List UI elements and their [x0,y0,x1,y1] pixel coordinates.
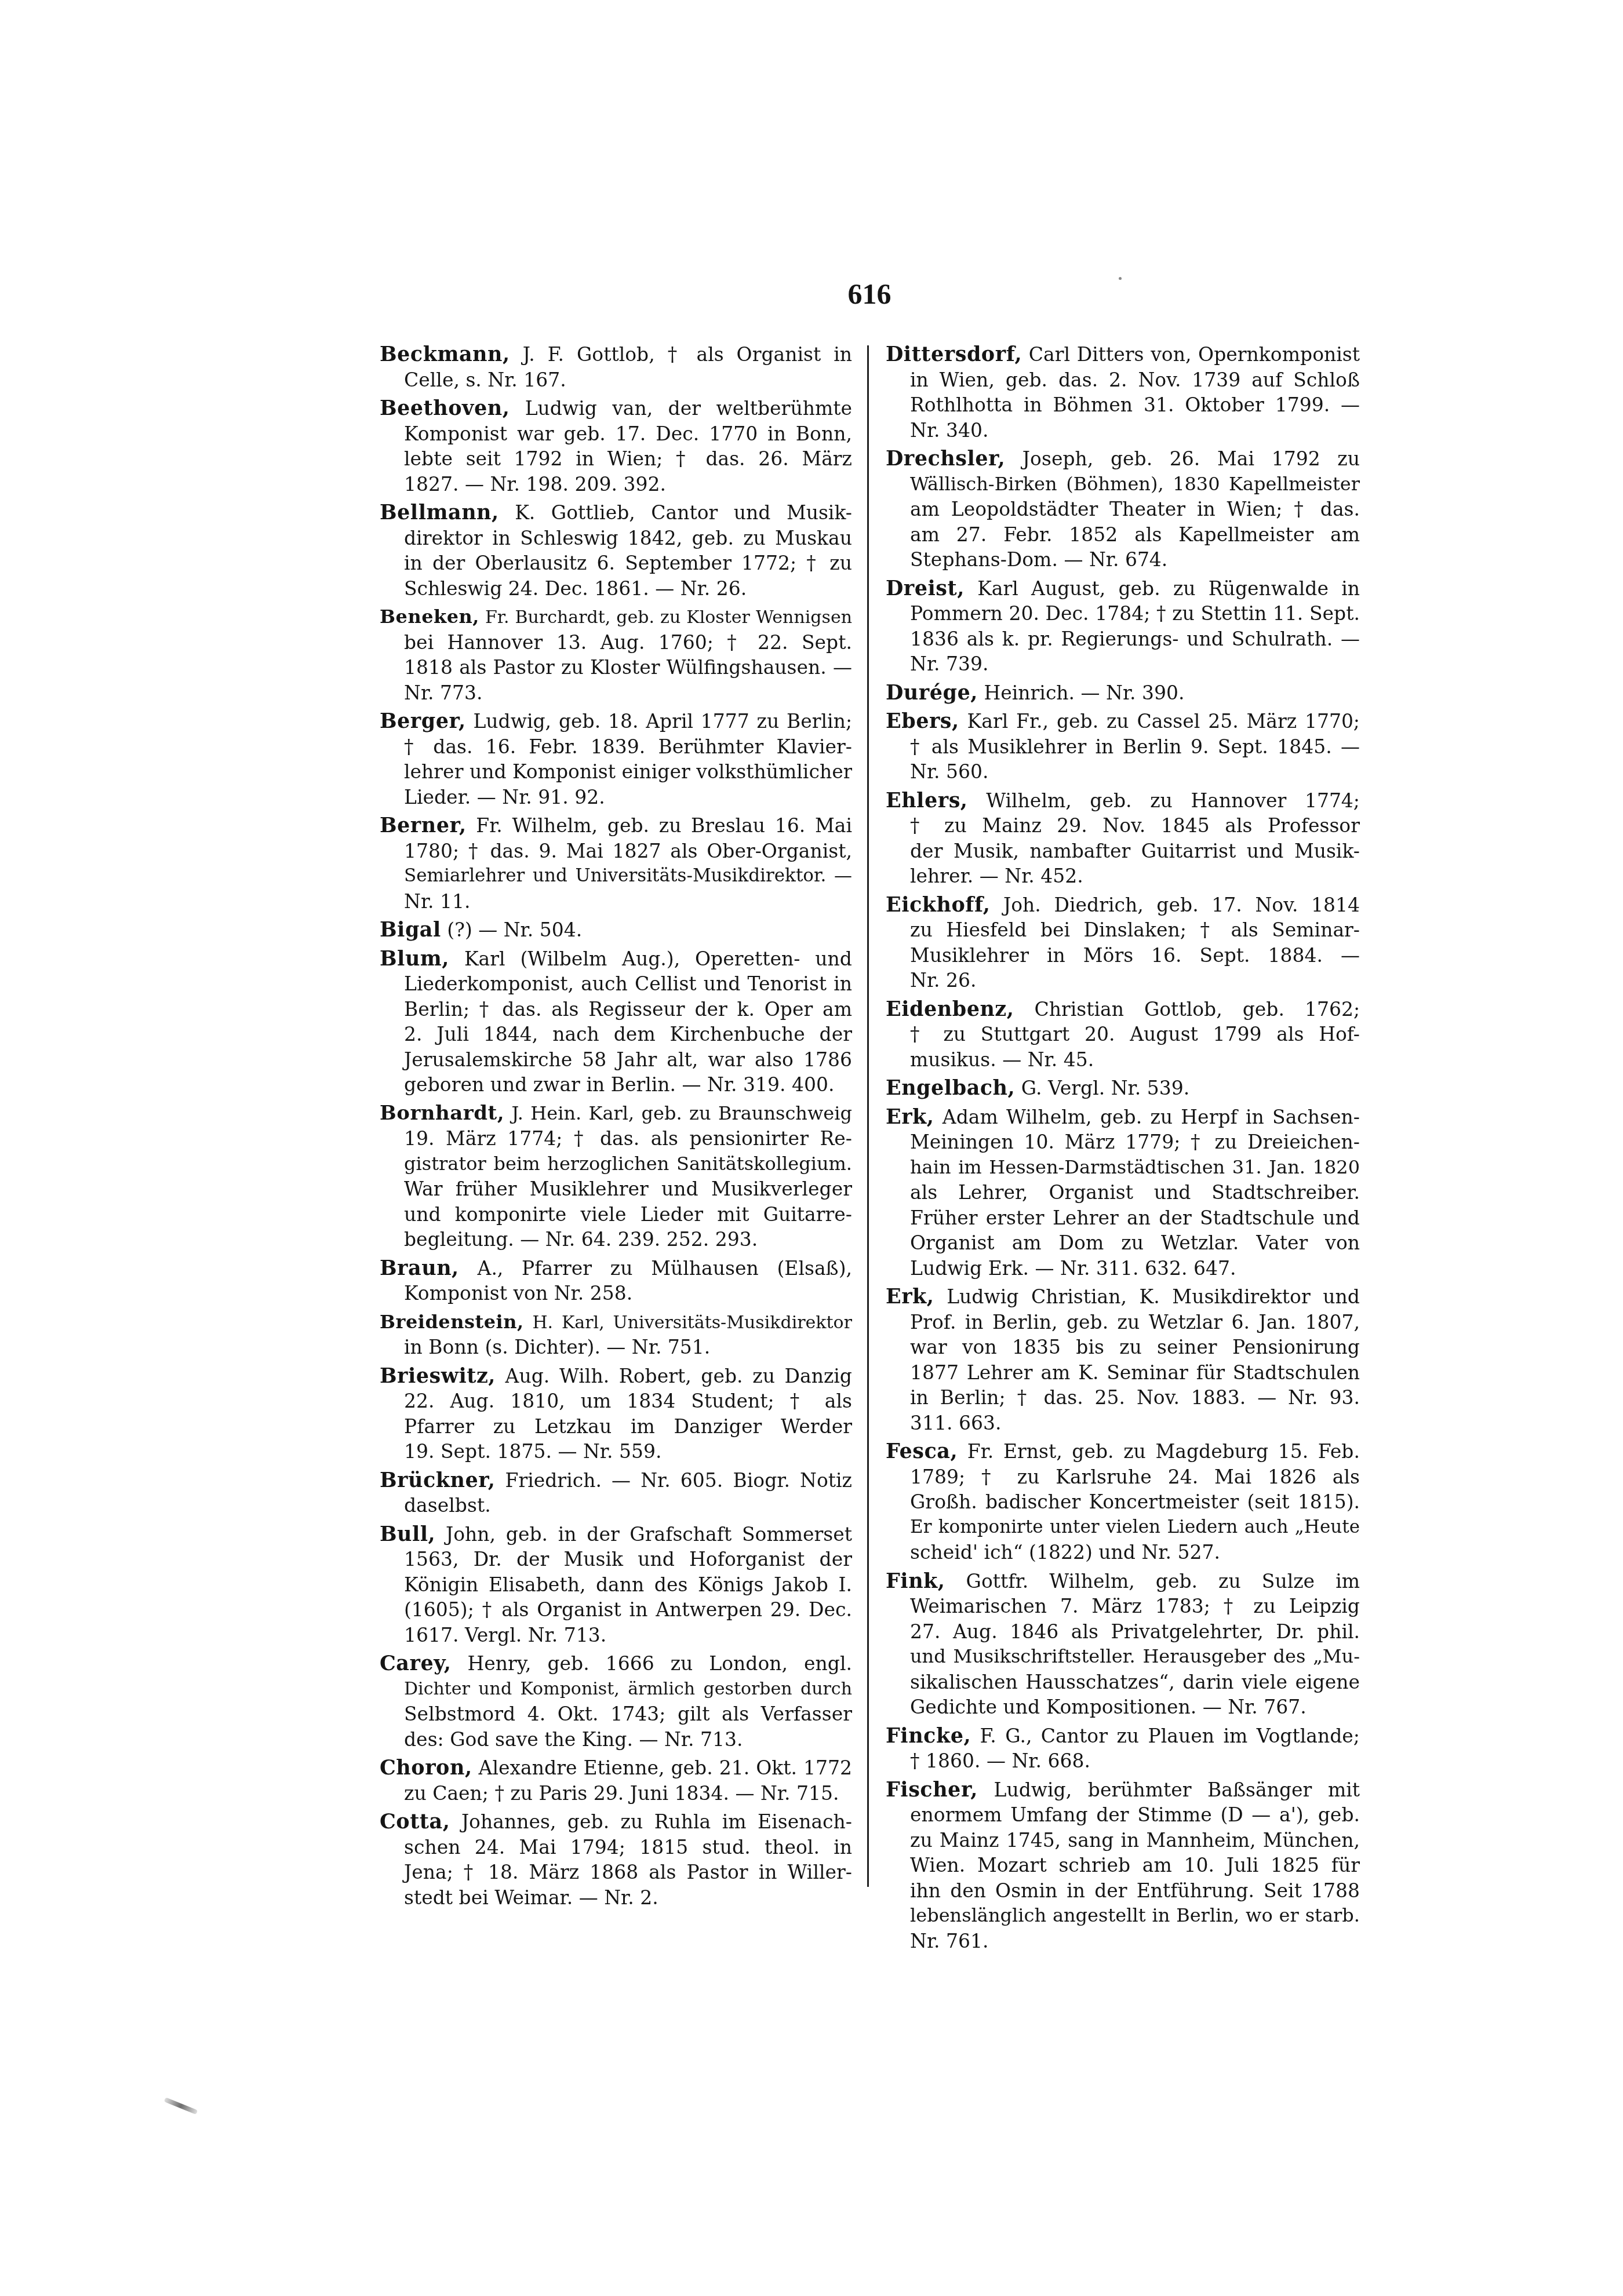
index-entry: Berner, Fr. Wilhelm, geb. zu Breslau 16.… [380,813,852,914]
entry-line: Ehlers, Wilhelm, geb. zu Hannover 1774; [886,788,1360,814]
entry-text: sikalischen Hausschatzes“, darin viele e… [910,1671,1360,1693]
entry-text: schen 24. Mai 1794; 1815 stud. theol. in [404,1836,852,1858]
entry-line: Berger, Ludwig, geb. 18. April 1777 zu B… [380,709,852,734]
entry-text: Berlin; † das. als Regisseur der k. Oper… [404,998,852,1021]
entry-line: Eickhoff, Joh. Diedrich, geb. 17. Nov. 1… [886,892,1360,918]
entry-line: 1617. Vergl. Nr. 713. [380,1623,852,1648]
entry-text: Ludwig Christian, K. Musikdirektor und [947,1285,1360,1308]
entry-text: Früher erster Lehrer an der Stadtschule … [910,1207,1360,1229]
entry-text: Meiningen 10. März 1779; † zu Dreieichen… [910,1131,1360,1153]
entry-line: Blum, Karl (Wilbelm Aug.), Operetten- un… [380,946,852,972]
entry-line: † das. 16. Febr. 1839. Berühmter Klavier… [380,734,852,760]
entry-line: Bigal (?) — Nr. 504. [380,917,852,943]
entry-text: Karl Fr., geb. zu Cassel 25. März 1770; [967,710,1360,732]
entry-text: Fr. Burchardt, geb. zu Kloster Wennigsen [485,607,852,628]
entry-text: lehrer und Komponist einiger volksthümli… [404,760,852,783]
entry-text: in Wien, geb. das. 2. Nov. 1739 auf Schl… [910,369,1360,391]
entry-text: 1789; † zu Karlsruhe 24. Mai 1826 als [910,1466,1360,1488]
entry-headword: Bull, [380,1522,435,1546]
entry-text: Johannes, geb. zu Ruhla im Eisenach- [461,1810,852,1833]
entry-line: Organist am Dom zu Wetzlar. Vater von [886,1230,1360,1256]
index-entry: Fischer, Ludwig, berühmter Baßsänger mit… [886,1777,1360,1954]
entry-line: 1818 als Pastor zu Kloster Wülfingshause… [380,655,852,680]
index-entry: Blum, Karl (Wilbelm Aug.), Operetten- un… [380,946,852,1098]
entry-text: und Musikschriftsteller. Herausgeber des… [910,1645,1360,1667]
entry-line: Berner, Fr. Wilhelm, geb. zu Breslau 16.… [380,813,852,839]
entry-headword: Dreist, [886,577,965,600]
entry-text: (?) — Nr. 504. [447,919,582,941]
entry-headword: Erk, [886,1285,934,1309]
entry-line: Nr. 739. [886,651,1360,677]
entry-text: Er komponirte unter vielen Liedern auch … [910,1517,1360,1537]
entry-text: J. F. Gottlob, † als Organist in [523,343,852,366]
entry-text: Stephans-Dom. — Nr. 674. [910,548,1167,571]
entry-line: begleitung. — Nr. 64. 239. 252. 293. [380,1227,852,1252]
entry-text: † zu Mainz 29. Nov. 1845 als Professor [910,814,1360,837]
entry-text: lehrer. — Nr. 452. [910,865,1083,887]
entry-line: in Bonn (s. Dichter). — Nr. 751. [380,1335,852,1360]
entry-text: Gedichte und Kompositionen. — Nr. 767. [910,1696,1307,1718]
entry-line: Braun, A., Pfarrer zu Mülhausen (Elsaß), [380,1256,852,1281]
entry-line: Nr. 773. [380,680,852,706]
entry-text: am 27. Febr. 1852 als Kapellmeister am [910,523,1360,546]
entry-text: 1877 Lehrer am K. Seminar für Stadtschul… [910,1361,1360,1384]
entry-text: gistrator beim herzoglichen Sanitätskoll… [404,1153,852,1175]
entry-text: geboren und zwar in Berlin. — Nr. 319. 4… [404,1073,835,1096]
entry-line: Carey, Henry, geb. 1666 zu London, engl. [380,1651,852,1677]
entry-line: enormem Umfang der Stimme (D — a'), geb. [886,1802,1360,1828]
index-entry: Cotta, Johannes, geb. zu Ruhla im Eisena… [380,1809,852,1910]
entry-line: Jerusalemskirche 58 Jahr alt, war also 1… [380,1047,852,1073]
index-entry: Braun, A., Pfarrer zu Mülhausen (Elsaß),… [380,1256,852,1306]
scan-smudge [164,2097,198,2115]
entry-line: ihn den Osmin in der Entführung. Seit 17… [886,1878,1360,1904]
entry-text: Nr. 739. [910,653,988,675]
entry-text: Joh. Diedrich, geb. 17. Nov. 1814 [1003,894,1360,916]
entry-text: enormem Umfang der Stimme (D — a'), geb. [910,1803,1360,1826]
index-entry: Fink, Gottfr. Wilhelm, geb. zu Sulze imW… [886,1569,1360,1720]
index-entry: Beckmann, J. F. Gottlob, † als Organist … [380,342,852,392]
entry-text: Karl (Wilbelm Aug.), Operetten- und [464,947,852,970]
entry-text: lebte seit 1792 in Wien; † das. 26. März [404,447,852,470]
entry-headword: Drechsler, [886,447,1005,471]
entry-line: 19. März 1774; † das. als pensionirter R… [380,1126,852,1151]
entry-text: John, geb. in der Grafschaft Sommerset [446,1523,852,1546]
entry-text: 2. Juli 1844, nach dem Kirchenbuche der [404,1023,852,1045]
entry-text: 19. Sept. 1875. — Nr. 559. [404,1440,661,1463]
entry-line: Brückner, Friedrich. — Nr. 605. Biogr. N… [380,1468,852,1493]
entry-text: des: God save the King. — Nr. 713. [404,1728,743,1751]
entry-line: Durége, Heinrich. — Nr. 390. [886,680,1360,706]
entry-text: Organist am Dom zu Wetzlar. Vater von [910,1231,1360,1254]
entry-line: Musiklehrer in Mörs 16. Sept. 1884. — [886,943,1360,968]
entry-text: Wällisch-Birken (Böhmen), 1830 Kapellmei… [910,473,1360,495]
entry-text: Großh. badischer Koncertmeister (seit 18… [910,1490,1360,1513]
entry-headword: Eickhoff, [886,893,990,917]
entry-text: (1605); † als Organist in Antwerpen 29. … [404,1598,852,1621]
entry-line: † zu Stuttgart 20. August 1799 als Hof- [886,1022,1360,1047]
entry-line: Beneken, Fr. Burchardt, geb. zu Kloster … [380,604,852,630]
entry-text: Wien. Mozart schrieb am 10. Juli 1825 fü… [910,1854,1360,1876]
entry-text: Wilhelm, geb. zu Hannover 1774; [986,789,1360,812]
entry-text: musikus. — Nr. 45. [910,1048,1094,1071]
entry-headword: Dittersdorf, [886,342,1022,366]
entry-text: Christian Gottlob, geb. 1762; [1034,998,1360,1021]
entry-text: der Musik, nambafter Guitarrist und Musi… [910,840,1360,862]
entry-line: 1877 Lehrer am K. Seminar für Stadtschul… [886,1360,1360,1386]
entry-line: in der Oberlausitz 6. September 1772; † … [380,551,852,576]
entry-text: Gottfr. Wilhelm, geb. zu Sulze im [966,1570,1360,1592]
entry-text: in Bonn (s. Dichter). — Nr. 751. [404,1336,710,1358]
entry-line: Wällisch-Birken (Böhmen), 1830 Kapellmei… [886,472,1360,497]
entry-headword: Berner, [380,814,467,837]
entry-line: zu Hiesfeld bei Dinslaken; † als Seminar… [886,917,1360,943]
index-column-left: Beckmann, J. F. Gottlob, † als Organist … [380,342,852,1914]
entry-line: Nr. 11. [380,889,852,914]
entry-text: Joseph, geb. 26. Mai 1792 zu [1022,447,1360,470]
entry-headword: Brieswitz, [380,1364,496,1388]
entry-text: † das. 16. Febr. 1839. Berühmter Klavier… [404,735,852,758]
entry-text: Semiarlehrer und Universitäts-Musikdirek… [404,865,852,886]
entry-line: der Musik, nambafter Guitarrist und Musi… [886,839,1360,864]
entry-line: geboren und zwar in Berlin. — Nr. 319. 4… [380,1072,852,1098]
scan-speck [1119,277,1122,280]
entry-text: ihn den Osmin in der Entführung. Seit 17… [910,1879,1360,1902]
entry-text: Heinrich. — Nr. 390. [984,681,1184,704]
entry-text: Henry, geb. 1666 zu London, engl. [467,1652,852,1675]
entry-text: 1780; † das. 9. Mai 1827 als Ober-Organi… [404,840,852,862]
entry-line: Lieder. — Nr. 91. 92. [380,785,852,810]
index-entry: Bellmann, K. Gottlieb, Cantor und Musik-… [380,500,852,601]
entry-line: Beethoven, Ludwig van, der weltberühmte [380,396,852,421]
entry-text: Friedrich. — Nr. 605. Biogr. Notiz [505,1469,852,1492]
entry-text: zu Hiesfeld bei Dinslaken; † als Seminar… [910,919,1360,941]
entry-line: Komponist von Nr. 258. [380,1281,852,1306]
entry-line: Semiarlehrer und Universitäts-Musikdirek… [380,863,852,889]
entry-text: Adam Wilhelm, geb. zu Herpf in Sachsen- [942,1106,1360,1128]
entry-line: Drechsler, Joseph, geb. 26. Mai 1792 zu [886,446,1360,472]
entry-text: Lieder. — Nr. 91. 92. [404,786,605,808]
entry-text: Nr. 26. [910,969,977,992]
entry-headword: Fesca, [886,1439,958,1463]
entry-text: und komponirte viele Lieder mit Guitarre… [404,1203,852,1226]
entry-line: Erk, Ludwig Christian, K. Musikdirektor … [886,1284,1360,1310]
entry-line: Pfarrer zu Letzkau im Danziger Werder [380,1414,852,1439]
entry-headword: Braun, [380,1256,459,1280]
index-entry: Erk, Adam Wilhelm, geb. zu Herpf in Sach… [886,1105,1360,1281]
entry-text: H. Karl, Universitäts-Musikdirektor [532,1313,852,1333]
entry-headword: Fincke, [886,1724,971,1748]
entry-line: zu Caen; † zu Paris 29. Juni 1834. — Nr.… [380,1781,852,1806]
entry-line: † 1860. — Nr. 668. [886,1748,1360,1774]
entry-text: Nr. 340. [910,419,988,442]
entry-text: Carl Ditters von, Opernkomponist [1029,343,1360,366]
entry-text: Jena; † 18. März 1868 als Pastor in Will… [404,1861,852,1883]
entry-text: 1836 als k. pr. Regierungs- und Schulrat… [910,628,1360,650]
entry-headword: Fink, [886,1569,945,1593]
entry-text: Nr. 560. [910,760,988,783]
entry-headword: Choron, [380,1756,472,1780]
entry-line: Erk, Adam Wilhelm, geb. zu Herpf in Sach… [886,1105,1360,1130]
entry-text: Komponist von Nr. 258. [404,1282,632,1304]
entry-line: War früher Musiklehrer und Musikverleger [380,1176,852,1202]
entry-line: Fink, Gottfr. Wilhelm, geb. zu Sulze im [886,1569,1360,1594]
page-number: 616 [835,277,904,311]
entry-line: Choron, Alexandre Etienne, geb. 21. Okt.… [380,1755,852,1781]
entry-line: Königin Elisabeth, dann des Königs Jakob… [380,1572,852,1598]
entry-line: 2. Juli 1844, nach dem Kirchenbuche der [380,1022,852,1047]
entry-line: musikus. — Nr. 45. [886,1047,1360,1073]
index-entry: Bornhardt, J. Hein. Karl, geb. zu Brauns… [380,1101,852,1252]
entry-line: scheid' ich“ (1822) und Nr. 527. [886,1540,1360,1565]
entry-line: Wien. Mozart schrieb am 10. Juli 1825 fü… [886,1853,1360,1878]
entry-line: Früher erster Lehrer an der Stadtschule … [886,1205,1360,1231]
entry-headword: Bigal [380,918,441,942]
entry-line: zu Mainz 1745, sang in Mannheim, München… [886,1828,1360,1853]
entry-text: zu Mainz 1745, sang in Mannheim, München… [910,1829,1360,1852]
entry-line: Celle, s. Nr. 167. [380,367,852,393]
entry-text: Ludwig, berühmter Baßsänger mit [994,1779,1360,1801]
entry-headword: Engelbach, [886,1076,1015,1100]
entry-headword: Bellmann, [380,501,499,524]
entry-text: G. Vergl. Nr. 539. [1021,1077,1189,1099]
entry-headword: Carey, [380,1652,451,1675]
entry-line: Meiningen 10. März 1779; † zu Dreieichen… [886,1129,1360,1155]
entry-line: direktor in Schleswig 1842, geb. zu Musk… [380,526,852,551]
entry-text: Dichter und Komponist, ärmlich gestorben… [404,1679,852,1699]
entry-line: Brieswitz, Aug. Wilh. Robert, geb. zu Da… [380,1364,852,1389]
entry-line: Bornhardt, J. Hein. Karl, geb. zu Brauns… [380,1101,852,1127]
entry-text: begleitung. — Nr. 64. 239. 252. 293. [404,1228,758,1251]
entry-line: Fincke, F. G., Cantor zu Plauen im Vogtl… [886,1723,1360,1749]
entry-line: Cotta, Johannes, geb. zu Ruhla im Eisena… [380,1809,852,1835]
index-entry: Dreist, Karl August, geb. zu Rügenwalde … [886,576,1360,677]
entry-text: 19. März 1774; † das. als pensionirter R… [404,1127,852,1150]
entry-line: war von 1835 bis zu seiner Pensionirung [886,1335,1360,1360]
entry-text: 1617. Vergl. Nr. 713. [404,1624,606,1646]
entry-headword: Beethoven, [380,396,510,420]
entry-text: Liederkomponist, auch Cellist und Tenori… [404,972,852,995]
index-entry: Fesca, Fr. Ernst, geb. zu Magdeburg 15. … [886,1439,1360,1565]
entry-text: Aug. Wilh. Robert, geb. zu Danzig [505,1365,852,1387]
entry-text: Celle, s. Nr. 167. [404,369,566,391]
entry-line: lebte seit 1792 in Wien; † das. 26. März [380,446,852,472]
entry-headword: Eidenbenz, [886,997,1014,1021]
entry-text: 22. Aug. 1810, um 1834 Student; † als [404,1390,852,1412]
index-entry: Choron, Alexandre Etienne, geb. 21. Okt.… [380,1755,852,1806]
entry-line: 311. 663. [886,1411,1360,1436]
entry-line: als Lehrer, Organist und Stadtschreiber. [886,1180,1360,1205]
entry-line: bei Hannover 13. Aug. 1760; † 22. Sept. [380,630,852,655]
entry-line: lebenslänglich angestellt in Berlin, wo … [886,1903,1360,1929]
entry-text: K. Gottlieb, Cantor und Musik- [515,501,852,524]
entry-text: Karl August, geb. zu Rügenwalde in [977,577,1360,600]
entry-headword: Cotta, [380,1810,450,1834]
entry-text: Ludwig van, der weltberühmte [525,397,852,420]
index-entry: Berger, Ludwig, geb. 18. April 1777 zu B… [380,709,852,810]
index-entry: Bull, John, geb. in der Grafschaft Somme… [380,1522,852,1648]
entry-text: Pfarrer zu Letzkau im Danziger Werder [404,1415,852,1438]
entry-text: Jerusalemskirche 58 Jahr alt, war also 1… [404,1048,852,1071]
entry-line: 1827. — Nr. 198. 209. 392. [380,472,852,497]
entry-text: † zu Stuttgart 20. August 1799 als Hof- [910,1023,1360,1045]
entry-line: Prof. in Berlin, geb. zu Wetzlar 6. Jan.… [886,1310,1360,1335]
entry-headword: Ehlers, [886,789,968,812]
entry-text: Fr. Wilhelm, geb. zu Breslau 16. Mai [476,814,852,837]
entry-text: war von 1835 bis zu seiner Pensionirung [910,1336,1360,1358]
entry-line: Nr. 761. [886,1929,1360,1954]
entry-line: (1605); † als Organist in Antwerpen 29. … [380,1597,852,1623]
entry-line: 22. Aug. 1810, um 1834 Student; † als [380,1388,852,1414]
index-entry: Fincke, F. G., Cantor zu Plauen im Vogtl… [886,1723,1360,1774]
entry-text: Schleswig 24. Dec. 1861. — Nr. 26. [404,577,747,600]
entry-line: in Wien, geb. das. 2. Nov. 1739 auf Schl… [886,367,1360,393]
entry-text: A., Pfarrer zu Mülhausen (Elsaß), [478,1257,852,1280]
entry-headword: Blum, [380,947,449,971]
entry-line: lehrer. — Nr. 452. [886,863,1360,889]
entry-line: Fesca, Fr. Ernst, geb. zu Magdeburg 15. … [886,1439,1360,1464]
entry-line: Dichter und Komponist, ärmlich gestorben… [380,1677,852,1702]
entry-line: 1789; † zu Karlsruhe 24. Mai 1826 als [886,1464,1360,1490]
index-entry: Dittersdorf, Carl Ditters von, Opernkomp… [886,342,1360,443]
index-entry: Ehlers, Wilhelm, geb. zu Hannover 1774;†… [886,788,1360,889]
index-entry: Brückner, Friedrich. — Nr. 605. Biogr. N… [380,1468,852,1518]
entry-line: 1780; † das. 9. Mai 1827 als Ober-Organi… [380,839,852,864]
index-entry: Beethoven, Ludwig van, der weltberühmteK… [380,396,852,497]
entry-line: Komponist war geb. 17. Dec. 1770 in Bonn… [380,421,852,447]
entry-text: in der Oberlausitz 6. September 1772; † … [404,552,852,574]
entry-line: Eidenbenz, Christian Gottlob, geb. 1762; [886,997,1360,1022]
entry-text: † 1860. — Nr. 668. [910,1750,1090,1772]
entry-line: Nr. 560. [886,759,1360,785]
entry-headword: Brückner, [380,1468,495,1492]
entry-text: in Berlin; † das. 25. Nov. 1883. — Nr. 9… [910,1386,1360,1409]
entry-headword: Erk, [886,1105,934,1129]
entry-text: 311. 663. [910,1412,1001,1434]
entry-text: Nr. 773. [404,681,482,704]
entry-text: am Leopoldstädter Theater in Wien; † das… [910,498,1360,520]
entry-line: am 27. Febr. 1852 als Kapellmeister am [886,522,1360,548]
entry-text: Alexandre Etienne, geb. 21. Okt. 1772 [479,1756,852,1779]
entry-line: Selbstmord 4. Okt. 1743; gilt als Verfas… [380,1701,852,1727]
entry-line: Dittersdorf, Carl Ditters von, Opernkomp… [886,342,1360,367]
entry-text: Ludwig Erk. — Nr. 311. 632. 647. [910,1257,1236,1280]
entry-line: 1563, Dr. der Musik und Hoforganist der [380,1547,852,1572]
entry-line: daselbst. [380,1493,852,1518]
entry-text: † als Musiklehrer in Berlin 9. Sept. 184… [910,735,1360,758]
entry-line: hain im Hessen-Darmstädtischen 31. Jan. … [886,1155,1360,1180]
entry-line: Breidenstein, H. Karl, Universitäts-Musi… [380,1310,852,1335]
entry-line: Nr. 26. [886,968,1360,993]
entry-line: Liederkomponist, auch Cellist und Tenori… [380,971,852,997]
index-entry: Brieswitz, Aug. Wilh. Robert, geb. zu Da… [380,1364,852,1464]
entry-text: Weimarischen 7. März 1783; † zu Leipzig [910,1595,1360,1617]
entry-line: Fischer, Ludwig, berühmter Baßsänger mit [886,1777,1360,1803]
entry-text: direktor in Schleswig 1842, geb. zu Musk… [404,527,852,549]
entry-line: Schleswig 24. Dec. 1861. — Nr. 26. [380,576,852,602]
index-entry: Drechsler, Joseph, geb. 26. Mai 1792 zuW… [886,446,1360,573]
entry-line: Er komponirte unter vielen Liedern auch … [886,1515,1360,1540]
entry-text: F. G., Cantor zu Plauen im Vogtlande; [980,1725,1360,1747]
entry-line: Weimarischen 7. März 1783; † zu Leipzig [886,1594,1360,1619]
entry-text: Nr. 11. [404,890,471,913]
entry-text: daselbst. [404,1494,491,1517]
entry-text: Pommern 20. Dec. 1784; † zu Stettin 11. … [910,602,1360,625]
index-entry: Carey, Henry, geb. 1666 zu London, engl.… [380,1651,852,1752]
entry-line: Gedichte und Kompositionen. — Nr. 767. [886,1694,1360,1720]
entry-text: Selbstmord 4. Okt. 1743; gilt als Verfas… [404,1703,852,1725]
entry-headword: Beneken, [380,606,479,628]
index-entry: Engelbach, G. Vergl. Nr. 539. [886,1076,1360,1101]
entry-line: Nr. 340. [886,418,1360,443]
column-divider [867,345,869,1887]
entry-line: 1836 als k. pr. Regierungs- und Schulrat… [886,626,1360,652]
index-entry: Breidenstein, H. Karl, Universitäts-Musi… [380,1310,852,1360]
entry-text: War früher Musiklehrer und Musikverleger [404,1178,852,1200]
entry-text: lebenslänglich angestellt in Berlin, wo … [910,1904,1360,1926]
index-entry: Eidenbenz, Christian Gottlob, geb. 1762;… [886,997,1360,1073]
entry-text: Ludwig, geb. 18. April 1777 zu Berlin; [473,710,852,732]
entry-headword: Durége, [886,681,978,705]
entry-text: 27. Aug. 1846 als Privatgelehrter, Dr. p… [910,1620,1360,1643]
entry-headword: Beckmann, [380,342,510,366]
entry-line: schen 24. Mai 1794; 1815 stud. theol. in [380,1835,852,1860]
entry-line: Ludwig Erk. — Nr. 311. 632. 647. [886,1256,1360,1281]
entry-text: 1827. — Nr. 198. 209. 392. [404,473,666,495]
index-entry: Bigal (?) — Nr. 504. [380,917,852,943]
entry-line: Ebers, Karl Fr., geb. zu Cassel 25. März… [886,709,1360,734]
entry-text: Nr. 761. [910,1930,988,1952]
entry-line: am Leopoldstädter Theater in Wien; † das… [886,497,1360,522]
entry-headword: Fischer, [886,1778,978,1802]
entry-headword: Berger, [380,709,466,733]
entry-line: Stephans-Dom. — Nr. 674. [886,547,1360,573]
entry-headword: Breidenstein, [380,1311,524,1333]
entry-text: Komponist war geb. 17. Dec. 1770 in Bonn… [404,422,852,445]
entry-text: Fr. Ernst, geb. zu Magdeburg 15. Feb. [967,1440,1360,1463]
index-entry: Erk, Ludwig Christian, K. Musikdirektor … [886,1284,1360,1435]
entry-line: gistrator beim herzoglichen Sanitätskoll… [380,1151,852,1177]
entry-line: Großh. badischer Koncertmeister (seit 18… [886,1489,1360,1515]
entry-text: Prof. in Berlin, geb. zu Wetzlar 6. Jan.… [910,1311,1360,1333]
entry-line: Berlin; † das. als Regisseur der k. Oper… [380,997,852,1022]
entry-line: Jena; † 18. März 1868 als Pastor in Will… [380,1860,852,1885]
entry-headword: Ebers, [886,709,959,733]
entry-line: 19. Sept. 1875. — Nr. 559. [380,1439,852,1464]
entry-line: des: God save the King. — Nr. 713. [380,1727,852,1752]
entry-line: Rothlhotta in Böhmen 31. Oktober 1799. — [886,392,1360,418]
entry-text: hain im Hessen-Darmstädtischen 31. Jan. … [910,1156,1360,1178]
index-entry: Beneken, Fr. Burchardt, geb. zu Kloster … [380,604,852,705]
entry-text: 1563, Dr. der Musik und Hoforganist der [404,1548,852,1570]
entry-line: Engelbach, G. Vergl. Nr. 539. [886,1076,1360,1101]
index-entry: Ebers, Karl Fr., geb. zu Cassel 25. März… [886,709,1360,785]
entry-text: stedt bei Weimar. — Nr. 2. [404,1886,658,1909]
entry-text: J. Hein. Karl, geb. zu Braunschweig [511,1102,852,1124]
entry-line: lehrer und Komponist einiger volksthümli… [380,759,852,785]
entry-text: als Lehrer, Organist und Stadtschreiber. [910,1181,1360,1204]
entry-text: Musiklehrer in Mörs 16. Sept. 1884. — [910,944,1360,967]
entry-line: und komponirte viele Lieder mit Guitarre… [380,1202,852,1227]
entry-line: und Musikschriftsteller. Herausgeber des… [886,1644,1360,1670]
entry-headword: Bornhardt, [380,1102,504,1125]
entry-line: Dreist, Karl August, geb. zu Rügenwalde … [886,576,1360,602]
entry-line: in Berlin; † das. 25. Nov. 1883. — Nr. 9… [886,1385,1360,1411]
entry-line: Beckmann, J. F. Gottlob, † als Organist … [380,342,852,367]
entry-text: 1818 als Pastor zu Kloster Wülfingshause… [404,656,852,679]
entry-text: bei Hannover 13. Aug. 1760; † 22. Sept. [404,631,852,654]
entry-line: sikalischen Hausschatzes“, darin viele e… [886,1670,1360,1695]
